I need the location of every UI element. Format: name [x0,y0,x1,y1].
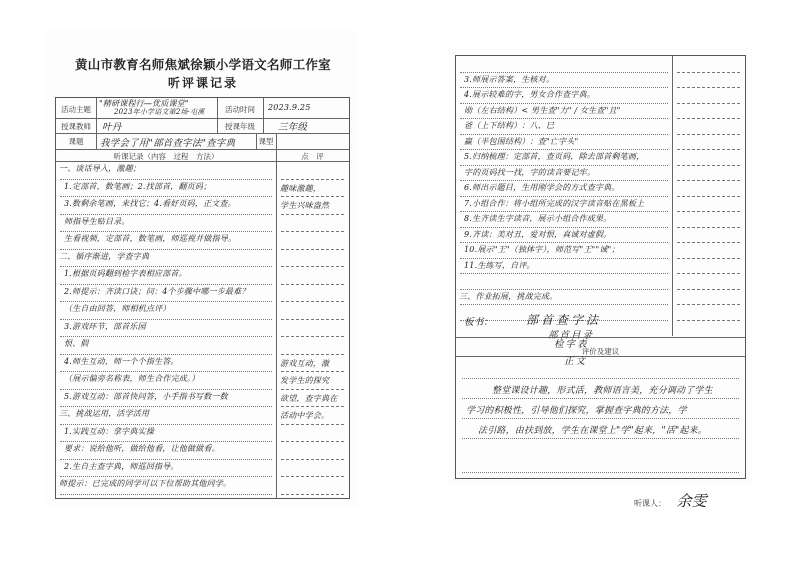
ruled-line [60,196,272,197]
ruled-line [460,273,668,274]
handwritten-line: 师提示：已完成的同学可以下位帮助其他同学。 [59,478,231,489]
handwritten-line: 字的页码找一找，字的读音要记牢。 [464,167,595,178]
ruled-line [460,134,668,135]
comment-text: 欲望，查字典在 [280,393,337,404]
ruled-line [60,179,272,180]
ruled-line [460,103,668,104]
handwritten-line: 1.实践互动：拿字典实操 [64,426,154,437]
ruled-line [460,211,668,212]
handwritten-line: 5.游戏互动：部首快问答，小手指书写数一数 [64,391,228,402]
handwritten-line: 4.师生互动，师一个个指生答。 [64,356,179,367]
handwritten-line: （展示偏旁名称表，师生合作完成。） [64,373,199,384]
comment-ruled-line [677,87,740,88]
handwritten-line: 爸（上下结构）：八、巳 [464,120,554,131]
comment-ruled-line [281,389,344,390]
handwritten-line: 一、谈话导入，激趣； [59,163,141,174]
comment-ruled-line [677,304,740,305]
comment-ruled-line [677,273,740,274]
comment-ruled-line [281,459,344,460]
topic-label: 课题 [56,136,96,147]
comment-ruled-line [281,301,344,302]
handwritten-line: 3.游戏环节，部首乐园 [64,321,146,332]
ruled-line [460,118,668,119]
comment-ruled-line [281,231,344,232]
ruled-line [460,72,668,73]
handwritten-line: 师指导生贴目录。 [64,216,130,227]
handwritten-line: 1.定部首，数笔画；2.找部首，翻页码； [64,181,211,192]
board-line-1: 部首查字法 [526,311,601,328]
handwritten-line: 生看视频，定部首，数笔画，师巡视并做指导。 [64,233,236,244]
comment-text: 活动中学会。 [280,410,329,421]
handwritten-line: 6.师出示题目，生用刚学会的方式查字典。 [464,182,620,193]
comment-ruled-line [677,196,740,197]
grade-value: 三年级 [278,119,307,133]
signature-name: 余雯 [677,492,707,510]
signature-block: 听课人： 余雯 [634,490,707,511]
handwritten-line: 7.小组合作：将小组所完成的汉字读音贴在黑板上 [464,198,644,209]
comment-ruled-line [281,494,344,495]
ruled-line [460,196,668,197]
ruled-line [60,336,272,337]
handwritten-line: 三、作业拓展，挑战完成。 [459,291,557,302]
handwritten-line: 二、循序渐进，学查字典 [59,251,149,262]
activity-time-value: 2023.9.25 [268,103,311,112]
comment-ruled-line [677,149,740,150]
handwritten-line: 勋（左右结构）< 男生查"力" / 女生查"且" [464,105,621,116]
ruled-line [60,389,272,390]
comment-ruled-line [281,249,344,250]
document-subtitle: 听评课记录 [55,74,351,91]
topic-value: 我学会了用"部首查字法"查字典 [100,135,235,149]
ruled-line [60,266,272,267]
board-line-4: 正文 [564,353,587,367]
comment-ruled-line [677,180,740,181]
ruled-line [460,289,668,290]
ruled-line [60,476,272,477]
evaluation-line-1: 整堂课设计趣，形式活，教师语言美，充分调动了学生 [492,383,713,396]
activity-theme-value-line2: 2023年小学语文第2场·屯溪 [114,107,205,117]
ruled-line [60,354,272,355]
handwritten-line: 5.归纳梳理：定部首，查页码，除去部首剩笔画， [464,151,644,162]
comment-ruled-line [281,336,344,337]
comment-column-header: 点 评 [276,151,349,162]
signature-label: 听课人： [634,499,666,508]
ruled-line [460,242,668,243]
document-title: 黄山市教育名师焦斌徐颖小学语文名师工作室 [55,55,351,73]
handwritten-line: （生自由回答，师相机点评） [64,303,171,314]
ruled-line [60,371,272,372]
comment-ruled-line [677,242,740,243]
comment-ruled-line [677,72,740,73]
grade-label: 授课年级 [217,121,263,132]
handwritten-line: 2.师提示：齐读口诀；问：4个步骤中哪一步最难？ [64,286,250,297]
comment-ruled-line [677,134,740,135]
handwritten-line: 赢（半包围结构）：查"亡字头" [464,136,578,147]
handwritten-line: 3.师展示答案，生核对。 [464,74,554,85]
lesson-type-label: 课型 [256,136,276,147]
lesson-record-table-right: 3.师展示答案，生核对。4.展示较难的字，男女合作查字典。勋（左右结构）< 男生… [455,55,746,479]
comment-ruled-line [677,103,740,104]
ruled-line [60,459,272,460]
ruled-line [460,165,668,166]
ruled-line [60,284,272,285]
handwritten-line: 要求：说给他听，做给他看，让他做做看。 [64,443,220,454]
comment-ruled-line [677,320,740,321]
comment-ruled-line [281,406,344,407]
handwritten-line: 1.根据页码翻到检字表相应部首。 [64,268,187,279]
comment-text: 趣味激趣， [280,183,321,194]
ruled-line [60,319,272,320]
ruled-line [60,214,272,215]
comment-ruled-line [677,211,740,212]
handwritten-line: 三、挑战运用，活学活用 [59,408,149,419]
board-label: 板书： [464,314,493,328]
comment-ruled-line [281,476,344,477]
ruled-line [460,149,668,150]
comment-ruled-line [281,214,344,215]
comment-ruled-line [281,424,344,425]
comment-text: 发学生的探究 [280,375,329,386]
activity-time-label: 活动时间 [217,104,263,115]
comment-text: 学生兴味盎然 [280,200,329,211]
ruled-line [460,304,668,305]
comment-ruled-line [677,289,740,290]
ruled-line [460,87,668,88]
comment-ruled-line [281,371,344,372]
record-column-header: 听课记录（内容 过程 方法） [56,151,276,162]
comment-ruled-line [281,354,344,355]
handwritten-line: 10.展示"王"（独体字），师范写"王""诚"； [464,244,620,255]
ruled-line [60,494,272,495]
comment-ruled-line [677,118,740,119]
ruled-line [60,249,272,250]
handwritten-line: 11.生练写，自评。 [464,260,535,271]
comment-ruled-line [281,284,344,285]
lesson-record-table-left: 活动主题 "精研课程行—优质课堂" 2023年小学语文第2场·屯溪 活动时间 2… [55,97,350,499]
comment-ruled-line [281,266,344,267]
teacher-label: 授课教师 [56,121,96,132]
teacher-value: 叶丹 [102,119,121,133]
ruled-line [60,441,272,442]
activity-theme-label: 活动主题 [56,104,96,115]
evaluation-line-2: 学习的积极性，引导他们探究，掌握查字典的方法，学 [466,403,687,416]
ruled-line [60,231,272,232]
handwritten-line: 2.生自主查字典，师巡回指导。 [64,461,179,472]
evaluation-line-3: 法引路，由扶到放，学生在课堂上"学"起来，"活"起来。 [478,423,707,436]
comment-ruled-line [281,196,344,197]
handwritten-line: 3.数剩余笔画，来找它；4.看好页码，正文查。 [64,198,236,209]
comment-ruled-line [677,165,740,166]
handwritten-line: 4.展示较难的字，男女合作查字典。 [464,89,595,100]
ruled-line [460,180,668,181]
comment-ruled-line [677,258,740,259]
comment-ruled-line [281,179,344,180]
handwritten-line: 8.生齐读生字读音，展示小组合作成果。 [464,213,611,224]
ruled-line [60,406,272,407]
comment-ruled-line [281,441,344,442]
ruled-line [460,258,668,259]
ruled-line [460,227,668,228]
ruled-line [60,424,272,425]
comment-ruled-line [281,319,344,320]
comment-text: 游戏互动，激 [280,358,329,369]
ruled-line [60,301,272,302]
handwritten-line: 恨、假 [64,338,89,349]
comment-ruled-line [677,227,740,228]
handwritten-line: 9.齐读：美对丑，爱对恨，真诚对虚假。 [464,229,611,240]
